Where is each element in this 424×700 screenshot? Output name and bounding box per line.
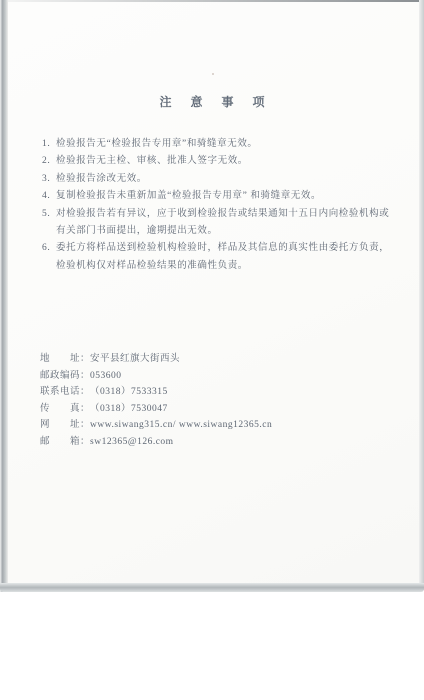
contact-block: 地 址： 安平县红旗大街西头 邮政编码： 053600 联系电话： （0318）… [40,351,370,450]
document-paper [7,0,419,586]
scan-background [0,592,424,700]
contact-label: 邮政编码： [40,368,90,385]
note-item: 2. 检验报告无主检、审核、批准人签字无效。 [42,153,394,170]
contact-label: 邮 箱： [40,434,90,451]
note-number: 5. [42,206,56,241]
contact-value: 安平县红旗大街西头 [90,351,180,368]
note-item: 6. 委托方将样品送到检验机构检验时，样品及其信息的真实性由委托方负责，检验机构… [42,240,394,275]
scan-edge-bottom [0,583,424,592]
contact-label: 联系电话： [40,384,90,401]
note-text: 检验报告涂改无效。 [56,171,394,188]
contact-value: 053600 [90,368,122,385]
contact-value: （0318）7530047 [90,401,168,418]
scan-speck [212,73,214,75]
contact-line-address: 地 址： 安平县红旗大街西头 [40,351,370,368]
note-text: 对检验报告若有异议，应于收到检验报告或结果通知十五日内向检验机构或有关部门书面提… [56,206,394,241]
contact-line-phone: 联系电话： （0318）7533315 [40,384,370,401]
contact-value: （0318）7533315 [90,384,168,401]
note-item: 1. 检验报告无“检验报告专用章”和骑缝章无效。 [42,136,394,153]
scan-edge-top [8,0,424,2]
contact-value: www.siwang315.cn/ www.siwang12365.cn [90,417,272,434]
contact-line-email: 邮 箱： sw12365@126.com [40,434,370,451]
note-text: 检验报告无“检验报告专用章”和骑缝章无效。 [56,136,394,153]
contact-label: 地 址： [40,351,90,368]
contact-value: sw12365@126.com [90,434,174,451]
note-item: 4. 复制检验报告未重新加盖“检验报告专用章” 和骑缝章无效。 [42,188,394,205]
scan-edge-left [0,0,8,592]
note-item: 3. 检验报告涂改无效。 [42,171,394,188]
note-number: 6. [42,240,56,275]
note-number: 1. [42,136,56,153]
contact-line-fax: 传 真： （0318）7530047 [40,401,370,418]
contact-label: 网 址： [40,417,90,434]
scanned-document-page: 注 意 事 项 1. 检验报告无“检验报告专用章”和骑缝章无效。 2. 检验报告… [0,0,424,700]
scan-edge-right [419,0,424,590]
note-number: 2. [42,153,56,170]
note-text: 检验报告无主检、审核、批准人签字无效。 [56,153,394,170]
note-number: 3. [42,171,56,188]
note-text: 委托方将样品送到检验机构检验时，样品及其信息的真实性由委托方负责，检验机构仅对样… [56,240,394,275]
contact-line-website: 网 址： www.siwang315.cn/ www.siwang12365.c… [40,417,370,434]
notes-list: 1. 检验报告无“检验报告专用章”和骑缝章无效。 2. 检验报告无主检、审核、批… [42,136,394,275]
note-item: 5. 对检验报告若有异议，应于收到检验报告或结果通知十五日内向检验机构或有关部门… [42,206,394,241]
contact-label: 传 真： [40,401,90,418]
document-title: 注 意 事 项 [0,93,424,110]
note-text: 复制检验报告未重新加盖“检验报告专用章” 和骑缝章无效。 [56,188,394,205]
contact-line-postcode: 邮政编码： 053600 [40,368,370,385]
note-number: 4. [42,188,56,205]
